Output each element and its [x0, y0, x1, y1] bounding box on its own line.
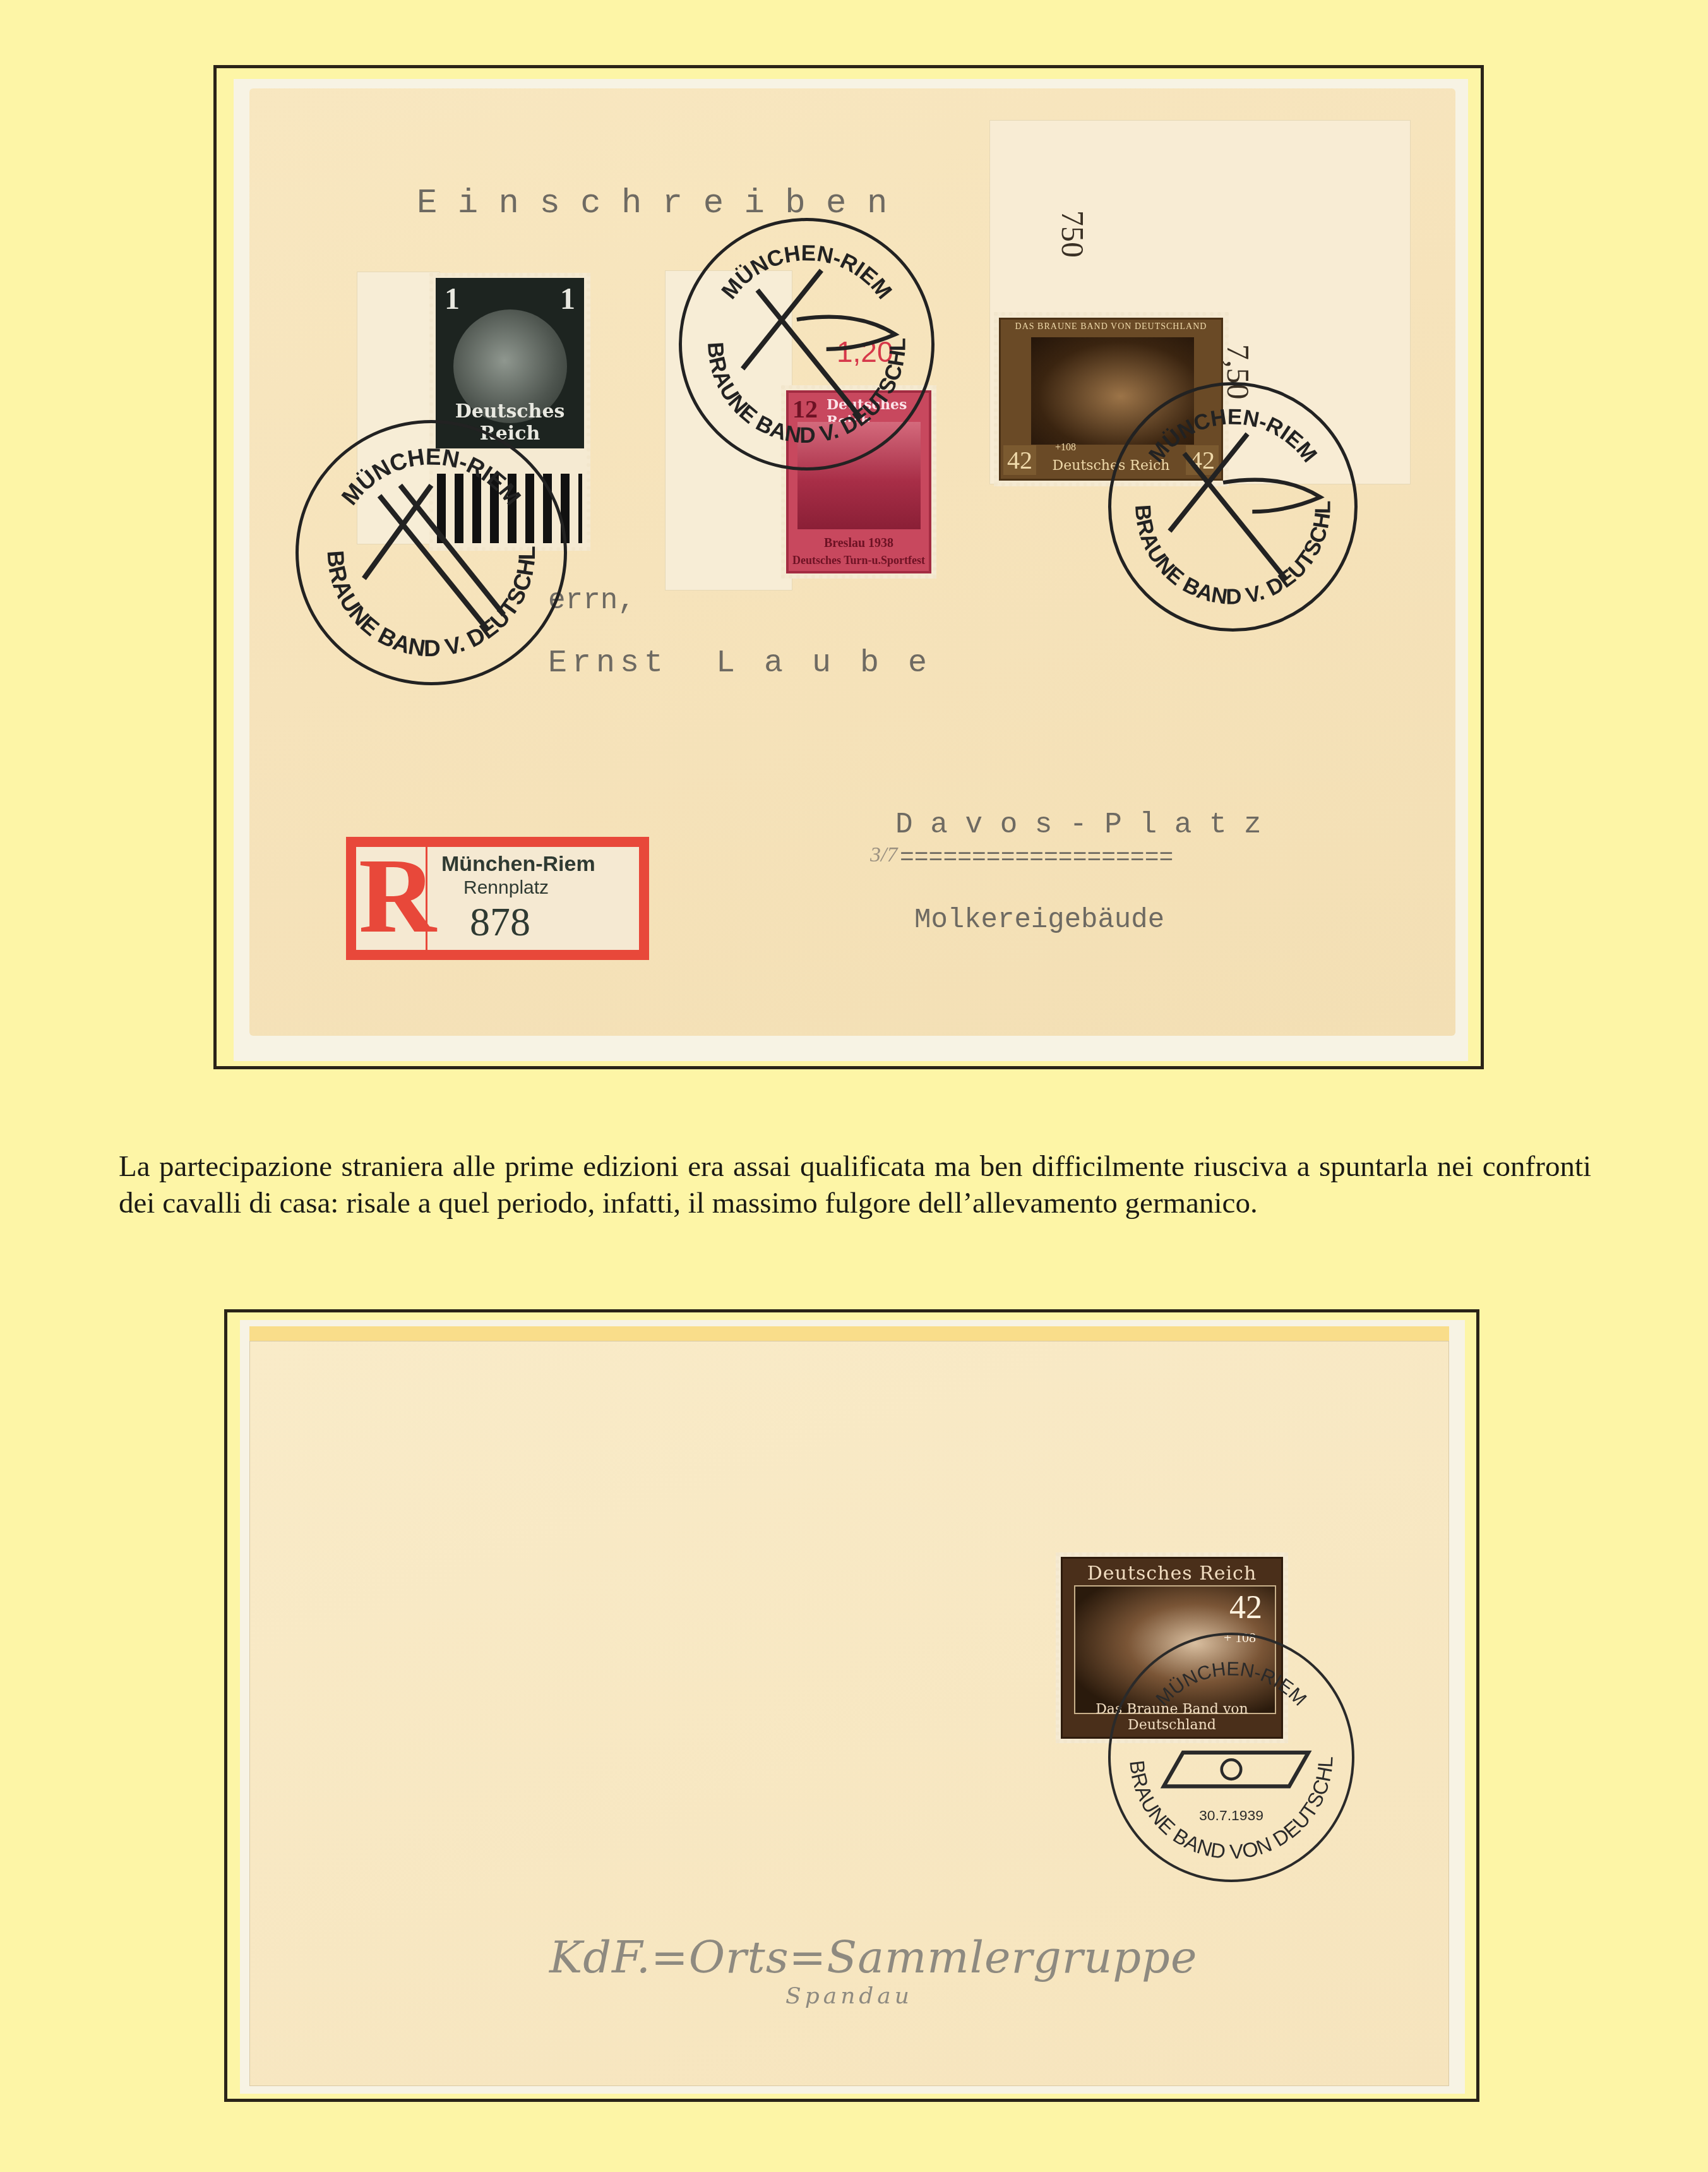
- imprint-city: Spandau: [549, 1983, 1149, 2009]
- imprint-organization: KdF.=Orts=Sammlergruppe: [549, 1931, 1149, 1983]
- svg-text:MÜNCHEN-RIEM: MÜNCHEN-RIEM: [337, 443, 526, 510]
- stamp-value: 1: [445, 282, 460, 316]
- registration-letter: R: [359, 842, 436, 949]
- stamp-surcharge: +108: [1055, 442, 1076, 453]
- typed-addressee: Ernst L a u b e: [548, 645, 932, 681]
- svg-text:MÜNCHEN-RIEM: MÜNCHEN-RIEM: [1152, 1658, 1311, 1710]
- typed-city: D a v o s - P l a t z: [895, 808, 1262, 841]
- registration-letter-box: R: [356, 847, 427, 950]
- horse-hurdle-postmark-icon: MÜNCHEN-RIEM DAS BRAUNE BAND VON DEUTSCH…: [1111, 1635, 1352, 1880]
- horse-ladder-postmark-icon: MÜNCHEN-RIEM DAS BRAUNE BAND V. DEUTSCHL…: [299, 423, 564, 682]
- stamp-value: 42: [1229, 1589, 1262, 1626]
- stamp-value: 1: [560, 282, 575, 316]
- registration-sub-office: Rennplatz: [463, 877, 549, 899]
- svg-text:30.7.1939: 30.7.1939: [1199, 1807, 1263, 1823]
- stamp-footer: Breslau 1938: [789, 536, 929, 551]
- horse-ladder-postmark-icon: MÜNCHEN-RIEM DAS BRAUNE BAND V. DEUTSCHL…: [1111, 385, 1354, 628]
- svg-text:DAS BRAUNE BAND VON DEUTSCHLAN: DAS BRAUNE BAND VON DEUTSCHLAND: [1103, 1619, 1337, 1864]
- typed-underline: ===================: [900, 845, 1173, 872]
- svg-text:DAS BRAUNE BAND V. DEUTSCHLAND: DAS BRAUNE BAND V. DEUTSCHLAND: [294, 402, 540, 661]
- svg-text:MÜNCHEN-RIEM: MÜNCHEN-RIEM: [717, 241, 897, 304]
- registration-office: München-Riem: [441, 852, 595, 877]
- registration-label-body: R München-Riem Rennplatz 878: [356, 847, 639, 950]
- stamp-footer: Deutsches Turn-u.Sportfest: [789, 554, 929, 567]
- typed-einschreiben: E i n s c h r e i b e n: [417, 184, 887, 223]
- album-caption: La partecipazione straniera alle prime e…: [119, 1148, 1591, 1221]
- postmark-right: MÜNCHEN-RIEM DAS BRAUNE BAND V. DEUTSCHL…: [1108, 382, 1358, 632]
- postmark-left: MÜNCHEN-RIEM DAS BRAUNE BAND V. DEUTSCHL…: [296, 420, 567, 685]
- registration-number: 878: [470, 899, 530, 945]
- postmark-bottom: MÜNCHEN-RIEM DAS BRAUNE BAND VON DEUTSCH…: [1108, 1633, 1354, 1882]
- horse-ladder-postmark-icon: MÜNCHEN-RIEM DAS BRAUNE BAND V. DEUTSCHL…: [682, 221, 931, 467]
- svg-text:MÜNCHEN-RIEM: MÜNCHEN-RIEM: [1144, 405, 1321, 467]
- stamp-header: Deutsches Reich: [1063, 1563, 1281, 1585]
- sheet-number: 750: [1054, 210, 1091, 258]
- postmark-center: MÜNCHEN-RIEM DAS BRAUNE BAND V. DEUTSCHL…: [679, 218, 935, 471]
- handwritten-note: 3/7: [870, 843, 897, 867]
- registration-label: R München-Riem Rennplatz 878: [346, 837, 649, 960]
- stamp-top-text: DAS BRAUNE BAND VON DEUTSCHLAND: [1001, 322, 1221, 332]
- typed-street: Molkereigebäude: [914, 904, 1164, 936]
